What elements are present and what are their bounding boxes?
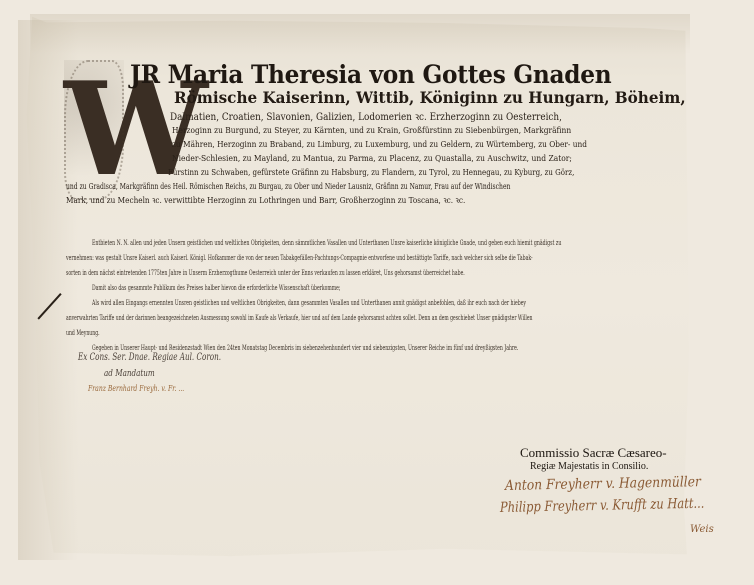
ornament-flourish	[64, 60, 124, 200]
decree-heading: JR Maria Theresia von Gottes Gnaden	[130, 60, 669, 89]
handwritten-annotation: Franz Bernhard Freyh. v. Fr. ...	[88, 384, 184, 394]
handwritten-annotation: ad Mandatum	[104, 369, 155, 379]
paper-stain	[30, 14, 690, 54]
commission-line-2: Regiæ Majestatis in Consilio.	[530, 461, 648, 472]
ornamental-initial: W	[64, 60, 124, 200]
body-paragraph-line: anverwahrten Tariffe und der darinnen be…	[66, 313, 532, 323]
titles-line-7: und zu Gradisca, Markgräfinn des Heil. R…	[66, 181, 510, 194]
body-paragraph-line: Damit also das gesammte Publikum des Pre…	[92, 283, 340, 293]
signature-initial: Weis	[690, 524, 714, 535]
body-paragraph-line: sorten in dem nächst eintretenden 1775te…	[66, 268, 465, 278]
titles-line-1: Römische Kaiserinn, Wittib, Königinn zu …	[174, 88, 687, 107]
body-paragraph-line: vernehmen: was gestalt Unsre Kaiserl. au…	[66, 253, 533, 263]
handwritten-annotation: Ex Cons. Ser. Dnae. Regiae Aul. Coron.	[78, 352, 221, 363]
titles-line-3: Herzoginn zu Burgund, zu Steyer, zu Kärn…	[172, 125, 571, 138]
titles-line-6: Fürstinn zu Schwaben, gefürstete Gräfinn…	[168, 167, 574, 180]
body-paragraph-line: Als wird allen Eingangs ernennten Unsren…	[92, 298, 526, 308]
titles-line-2: Dalmatien, Croatien, Slavonien, Galizien…	[170, 111, 562, 124]
commission-line-1: Commissio Sacræ Cæsareo-	[520, 445, 667, 461]
body-paragraph-line: und Meynung.	[66, 328, 100, 338]
titles-line-8: Mark, und zu Mecheln ꝛc. verwittibte Her…	[66, 195, 465, 208]
titles-line-4: zu Mähren, Herzoginn zu Braband, zu Limb…	[172, 139, 587, 152]
titles-line-5: Nieder-Schlesien, zu Mayland, zu Mantua,…	[172, 153, 572, 166]
body-paragraph-line: Entbieten N. N. allen und jeden Unsern g…	[92, 238, 561, 248]
